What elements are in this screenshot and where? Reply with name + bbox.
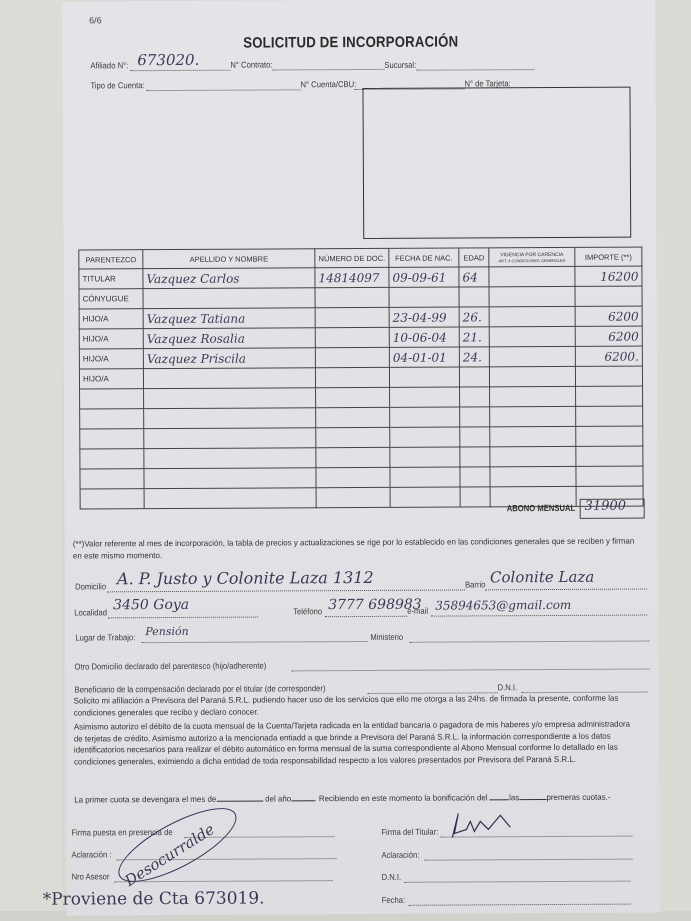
tipo-cuenta-field[interactable] xyxy=(146,89,300,91)
cell-fecha[interactable]: 04-01-01 xyxy=(389,347,459,367)
cell-edad[interactable] xyxy=(460,467,490,487)
cell-nombre[interactable] xyxy=(144,488,316,509)
vigencia-label: VIGENCIA POR CARENCIA xyxy=(500,251,563,257)
cell-vigencia[interactable] xyxy=(490,386,576,406)
cell-doc[interactable] xyxy=(315,367,389,387)
cell-nombre[interactable] xyxy=(143,368,315,389)
col-header-parentezco: PARENTEZCO xyxy=(79,250,143,269)
primera-cuota-text-2: del año xyxy=(265,794,291,803)
cell-edad[interactable]: 64 xyxy=(459,267,489,287)
cell-importe[interactable] xyxy=(576,466,643,486)
lugar-trabajo-field[interactable] xyxy=(141,641,367,643)
afiliado-label: Afiliado N°: xyxy=(90,60,128,70)
cell-edad[interactable] xyxy=(459,287,489,307)
background-surface-left xyxy=(0,0,62,921)
fecha-field[interactable] xyxy=(409,904,631,906)
email-field[interactable] xyxy=(431,615,647,617)
cell-edad[interactable] xyxy=(460,427,490,447)
cell-doc[interactable] xyxy=(316,487,390,507)
bonificacion-field[interactable] xyxy=(490,799,509,800)
affiliation-paragraph: Solicito mi afiliación a Previsora del P… xyxy=(74,693,637,719)
cuota-mes-field[interactable] xyxy=(216,801,263,802)
debit-authorization-paragraph: Asimismo autorizo el débito de la cuota … xyxy=(74,719,637,768)
abono-mensual-field[interactable]: 31900 xyxy=(580,499,645,519)
cell-vigencia[interactable] xyxy=(489,286,575,306)
cell-parentezco xyxy=(80,389,144,409)
cell-edad[interactable] xyxy=(460,447,490,467)
handwritten-note: *Proviene de Cta 673019. xyxy=(43,889,265,910)
form-title: SOLICITUD DE INCORPORACIÓN xyxy=(243,33,458,51)
cell-nombre[interactable] xyxy=(144,428,316,449)
email-label: e-mail xyxy=(407,606,428,616)
cell-vigencia[interactable] xyxy=(490,446,576,466)
aclaracion-titular-field[interactable] xyxy=(425,859,633,861)
page-number: 6/6 xyxy=(89,15,102,25)
cell-fecha[interactable] xyxy=(390,387,460,407)
cell-importe[interactable] xyxy=(575,286,642,306)
primera-cuota-line: La primer cuota se devengara el mes de d… xyxy=(74,793,610,805)
cell-doc[interactable] xyxy=(315,347,389,367)
cell-doc[interactable] xyxy=(316,407,390,427)
cell-parentezco xyxy=(80,429,144,449)
cell-importe[interactable]: 6200 xyxy=(575,306,642,326)
abono-mensual-value: 31900 xyxy=(585,499,626,514)
cell-importe[interactable] xyxy=(575,366,642,386)
barrio-field[interactable] xyxy=(485,589,647,591)
cell-fecha[interactable] xyxy=(390,467,460,487)
cell-parentezco: HIJO/A xyxy=(79,309,143,329)
barrio-label: Barrio xyxy=(465,579,485,589)
firma-titular-label: Firma del Titular: xyxy=(381,827,438,837)
cell-parentezco: CÓNYUGUE xyxy=(79,289,143,309)
col-header-fecha: FECHA DE NAC. xyxy=(389,248,459,267)
telefono-label: Teléfono xyxy=(293,606,322,616)
cell-vigencia[interactable] xyxy=(489,326,575,346)
cell-fecha[interactable] xyxy=(389,367,459,387)
cell-fecha[interactable] xyxy=(390,487,460,507)
footnote-text: (**)Valor referente al mes de incorporac… xyxy=(73,536,636,562)
domicilio-field[interactable] xyxy=(107,589,465,592)
cell-doc[interactable]: 14814097 xyxy=(315,267,389,287)
lugar-trabajo-value: Pensión xyxy=(145,625,188,638)
cell-doc[interactable] xyxy=(315,327,389,347)
lugar-trabajo-label: Lugar de Trabajo: xyxy=(75,632,135,642)
cell-parentezco: HIJO/A xyxy=(79,369,143,389)
afiliado-field[interactable] xyxy=(130,70,230,72)
cell-vigencia[interactable] xyxy=(489,306,575,326)
cell-parentezco: HIJO/A xyxy=(79,329,143,349)
otro-domicilio-field[interactable] xyxy=(292,669,650,672)
members-table: PARENTEZCO APELLIDO Y NOMBRE NÚMERO DE D… xyxy=(78,247,643,510)
cell-vigencia[interactable] xyxy=(489,266,575,286)
dni-titular-field[interactable] xyxy=(405,881,631,883)
abono-mensual-label: ABONO MENSUAL xyxy=(506,503,574,513)
cuenta-cbu-label: N° Cuenta/CBU: xyxy=(300,79,356,89)
cell-fecha[interactable]: 23-04-99 xyxy=(389,307,459,327)
primera-cuota-text-4: las xyxy=(509,793,519,802)
cell-fecha[interactable] xyxy=(390,427,460,447)
col-header-edad: EDAD xyxy=(459,248,489,267)
nro-asesor-label: Nro Asesor xyxy=(72,871,110,881)
cell-doc[interactable] xyxy=(315,287,389,307)
cell-vigencia[interactable] xyxy=(489,366,575,386)
cell-vigencia[interactable] xyxy=(490,426,576,446)
beneficiario-dni-label: D.N.I. xyxy=(498,682,518,692)
cell-vigencia[interactable] xyxy=(489,346,575,366)
cell-importe[interactable] xyxy=(576,446,643,466)
nro-asesor-field[interactable] xyxy=(115,880,333,882)
cell-nombre[interactable]: Vazquez Carlos xyxy=(143,268,315,289)
domicilio-value: A. P. Justo y Colonite Laza 1312 xyxy=(117,568,374,588)
cell-parentezco xyxy=(80,489,144,509)
cell-importe[interactable] xyxy=(576,406,643,426)
cell-edad[interactable]: 21. xyxy=(459,327,489,347)
cell-importe[interactable] xyxy=(576,386,643,406)
cell-fecha[interactable]: 10-06-04 xyxy=(389,327,459,347)
cell-fecha[interactable]: 09-09-61 xyxy=(389,267,459,287)
barrio-value: Colonite Laza xyxy=(490,568,594,587)
col-header-vigencia: VIGENCIA POR CARENCIA ART. 4 CONDICIONES… xyxy=(489,247,575,266)
cell-vigencia[interactable] xyxy=(490,406,576,426)
cell-nombre[interactable] xyxy=(144,468,316,489)
cell-importe[interactable]: 6200. xyxy=(575,346,642,366)
telefono-field[interactable] xyxy=(325,616,407,617)
beneficiario-label: Beneficiario de la compensación declarad… xyxy=(75,683,326,694)
cell-nombre[interactable] xyxy=(144,408,316,429)
cell-parentezco xyxy=(80,469,144,489)
cell-nombre[interactable] xyxy=(144,388,316,409)
primera-cuota-text-5: premeras cuotas.- xyxy=(546,793,610,802)
cell-nombre[interactable]: Vazquez Tatiana xyxy=(143,308,315,329)
email-value: 35894653@gmail.com xyxy=(435,598,571,613)
sucursal-field[interactable] xyxy=(416,69,534,71)
aclaracion-asesor-label: Aclaración : xyxy=(71,849,111,859)
cell-fecha[interactable] xyxy=(390,447,460,467)
cell-edad[interactable] xyxy=(460,407,490,427)
cell-fecha[interactable] xyxy=(390,407,460,427)
cell-importe[interactable] xyxy=(576,426,643,446)
form-page: 6/6 SOLICITUD DE INCORPORACIÓN Afiliado … xyxy=(62,0,660,916)
titular-signature xyxy=(444,807,514,841)
cell-edad[interactable] xyxy=(460,387,490,407)
sucursal-label: Sucursal: xyxy=(384,60,416,70)
cell-importe[interactable]: 6200 xyxy=(575,326,642,346)
cell-vigencia[interactable] xyxy=(490,466,576,486)
col-header-nombre: APELLIDO Y NOMBRE xyxy=(143,249,315,269)
cell-nombre[interactable] xyxy=(143,288,315,309)
col-header-doc: NÚMERO DE DOC. xyxy=(315,248,389,267)
ministerio-label: Ministerio xyxy=(370,632,403,642)
contrato-field[interactable] xyxy=(272,69,384,71)
cell-doc[interactable] xyxy=(316,467,390,487)
localidad-field[interactable] xyxy=(108,617,258,619)
tipo-cuenta-label: Tipo de Cuenta: xyxy=(90,80,144,90)
cell-edad[interactable]: 24. xyxy=(459,347,489,367)
cell-parentezco: HIJO/A xyxy=(79,349,143,369)
localidad-label: Localidad xyxy=(74,607,107,617)
cell-edad[interactable] xyxy=(459,367,489,387)
localidad-value: 3450 Goya xyxy=(113,597,189,613)
afiliado-value: 673020. xyxy=(137,51,199,69)
cuotas-field[interactable] xyxy=(519,799,546,800)
cell-doc[interactable] xyxy=(315,307,389,327)
ministerio-field[interactable] xyxy=(409,641,649,643)
primera-cuota-text-1: La primer cuota se devengara el mes de xyxy=(74,795,216,805)
cell-parentezco xyxy=(80,449,144,469)
cell-parentezco: TITULAR xyxy=(79,269,143,289)
cell-nombre[interactable]: Vazquez Priscila xyxy=(143,348,315,369)
cell-doc[interactable] xyxy=(316,447,390,467)
dni-titular-label: D.N.I. xyxy=(382,872,402,882)
col-header-importe: IMPORTE (**) xyxy=(575,247,642,266)
fecha-label: Fecha: xyxy=(382,895,405,905)
primera-cuota-text-3: . Recibiendo en este momento la bonifica… xyxy=(314,793,487,803)
photo-box xyxy=(362,87,631,239)
cell-doc[interactable] xyxy=(316,427,390,447)
cuota-anio-field[interactable] xyxy=(291,800,314,801)
cell-nombre[interactable]: Vazquez Rosalia xyxy=(143,328,315,349)
vigencia-sublabel: ART. 4 CONDICIONES GENERALES xyxy=(492,257,571,262)
cell-parentezco xyxy=(80,409,144,429)
cell-edad[interactable]: 26. xyxy=(459,307,489,327)
contrato-label: N° Contrato: xyxy=(230,59,272,69)
aclaracion-titular-label: Aclaración: xyxy=(381,850,419,860)
cell-fecha[interactable] xyxy=(389,287,459,307)
domicilio-label: Domicilio xyxy=(75,581,106,591)
otro-domicilio-label: Otro Domicilio declarado del parentesco … xyxy=(74,661,266,672)
cell-importe[interactable]: 16200 xyxy=(575,266,642,286)
cell-nombre[interactable] xyxy=(144,448,316,469)
cell-doc[interactable] xyxy=(316,387,390,407)
cell-edad[interactable] xyxy=(460,487,490,507)
